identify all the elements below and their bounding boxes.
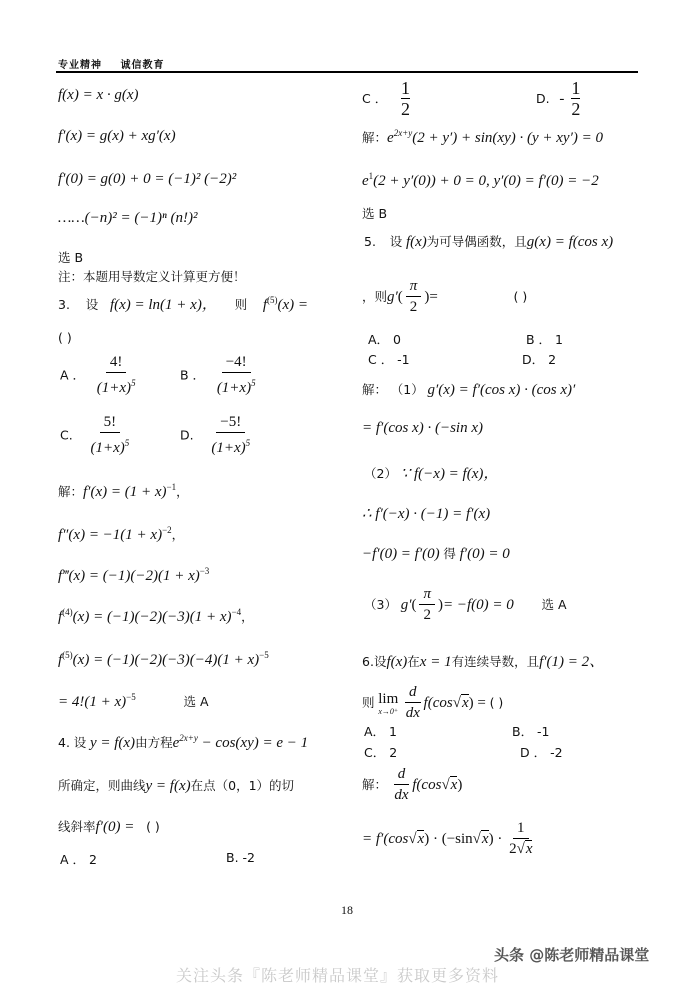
q5-sol-2: = f′(cos x) · (−sin x) <box>362 420 483 437</box>
eq-l2: f′(x) = g(x) + xg′(x) <box>58 128 176 145</box>
q6-stem-2: 则 limx→0⁺ ddxf(cos√x) = ( ) <box>362 684 503 723</box>
eq-l1: f(x) = x · g(x) <box>58 87 139 104</box>
q5-sol-3: （2） ∵ f(−x) = f(x)， <box>364 462 498 483</box>
page-header: 专业精神 诚信教育 <box>58 56 178 71</box>
eq-l3: f′(0) = g(0) + 0 = (−1)² (−2)² <box>58 171 236 188</box>
q4-stem-2: 所确定，则曲线y = f(x)在点（0，1）的切 <box>58 776 294 795</box>
note: 注：本题用导数定义计算更方便！ <box>58 267 246 285</box>
header-motto-right: 诚信教育 <box>120 60 164 71</box>
q6-option-a: A． 1 <box>364 722 397 740</box>
q3-sol-3: f‴(x) = (−1)(−2)(1 + x)−3 <box>58 566 209 585</box>
header-rule <box>56 71 638 73</box>
q3-option-d: D. −5!(1+x)5 <box>180 414 253 458</box>
q5-sol-4: ∴ f′(−x) · (−1) = f′(x) <box>362 504 490 523</box>
q3-option-b: B ． −4!(1+x)5 <box>180 354 259 398</box>
q6-option-c: C． 2 <box>364 743 397 761</box>
q5-option-a: A． 0 <box>368 330 401 348</box>
q3-sol-1: 解：f′(x) = (1 + x)−1， <box>58 482 189 501</box>
q3-sol-5: f(5)(x) = (−1)(−2)(−3)(−4)(1 + x)−5 <box>58 650 269 669</box>
q6-sol-1: 解： ddxf(cos√x) <box>362 766 462 805</box>
q3-stem: 3. 设 f(x) = ln(1 + x)， 则 f(5)(x) = <box>58 293 308 314</box>
q4-sol-1: 解：e2x+y(2 + y′) + sin(xy) · (y + xy′) = … <box>362 128 603 147</box>
q6-stem-1: 6.设f(x)在x = 1有连续导数，且f′(1) = 2、 <box>362 650 604 671</box>
q3-sol-4: f(4)(x) = (−1)(−2)(−3)(1 + x)−4， <box>58 607 254 626</box>
q3-option-a: A ． 4!(1+x)5 <box>60 354 139 398</box>
q4-answer: 选 B <box>362 204 387 222</box>
watermark-text: 关注头条『陈老师精品课堂』获取更多资料 <box>176 963 499 983</box>
q5-stem-2: ，则g′(π2)= ( ) <box>362 278 527 317</box>
q3-number: 3. <box>58 297 70 312</box>
q3-sol-6: = 4!(1 + x)−5 选 A <box>58 692 209 711</box>
q5-stem-1: 5. 设 f(x)为可导偶函数，且g(x) = f(cos x) <box>364 232 613 251</box>
watermark-account: 头条 @陈老师精品课堂 <box>494 944 649 965</box>
q5-sol-6: （3） g′(π2)= −f(0) = 0 选 A <box>364 586 567 625</box>
q6-sol-2: = f′(cos√x) · (−sin√x) · 12√x <box>362 820 535 859</box>
q3-answer: 选 A <box>183 694 208 709</box>
q5-option-d: D． 2 <box>522 350 556 368</box>
q5-sol-1: 解： （1） g′(x) = f′(cos x) · (cos x)′ <box>362 380 575 399</box>
q6-option-d: D ． -2 <box>520 743 563 761</box>
q4-stem-1: 4. 设 y = f(x)由方程e2x+y − cos(xy) = e − 1 <box>58 733 308 752</box>
q4-sol-2: e1(2 + y′(0)) + 0 = 0, y′(0) = f′(0) = −… <box>362 171 599 190</box>
q3-sol-2: f″(x) = −1(1 + x)−2， <box>58 525 184 544</box>
q4-option-a: A ． 2 <box>60 850 97 868</box>
answer-q2: 选 B <box>58 248 83 266</box>
q6-option-b: B． -1 <box>512 722 550 740</box>
page-number: 18 <box>341 903 353 918</box>
q5-answer: 选 A <box>542 597 567 612</box>
q5-sol-5: −f′(0) = f′(0) 得 f′(0) = 0 <box>362 544 510 563</box>
q4-option-d: D. -12 <box>536 80 587 119</box>
header-motto-left: 专业精神 <box>58 60 102 71</box>
q5-option-c: C ． -1 <box>368 350 410 368</box>
q4-stem-3: 线斜率f′(0) = ( ) <box>58 817 160 836</box>
q5-option-b: B ． 1 <box>526 330 563 348</box>
q3-option-c: C. 5!(1+x)5 <box>60 414 132 458</box>
eq-l4: ……(−n)² = (−1)ⁿ (n!)² <box>58 210 197 227</box>
q4-option-b: B. -2 <box>226 850 255 865</box>
q3-blank: ( ) <box>58 330 72 345</box>
q4-option-c: C ． 12 <box>362 80 417 119</box>
